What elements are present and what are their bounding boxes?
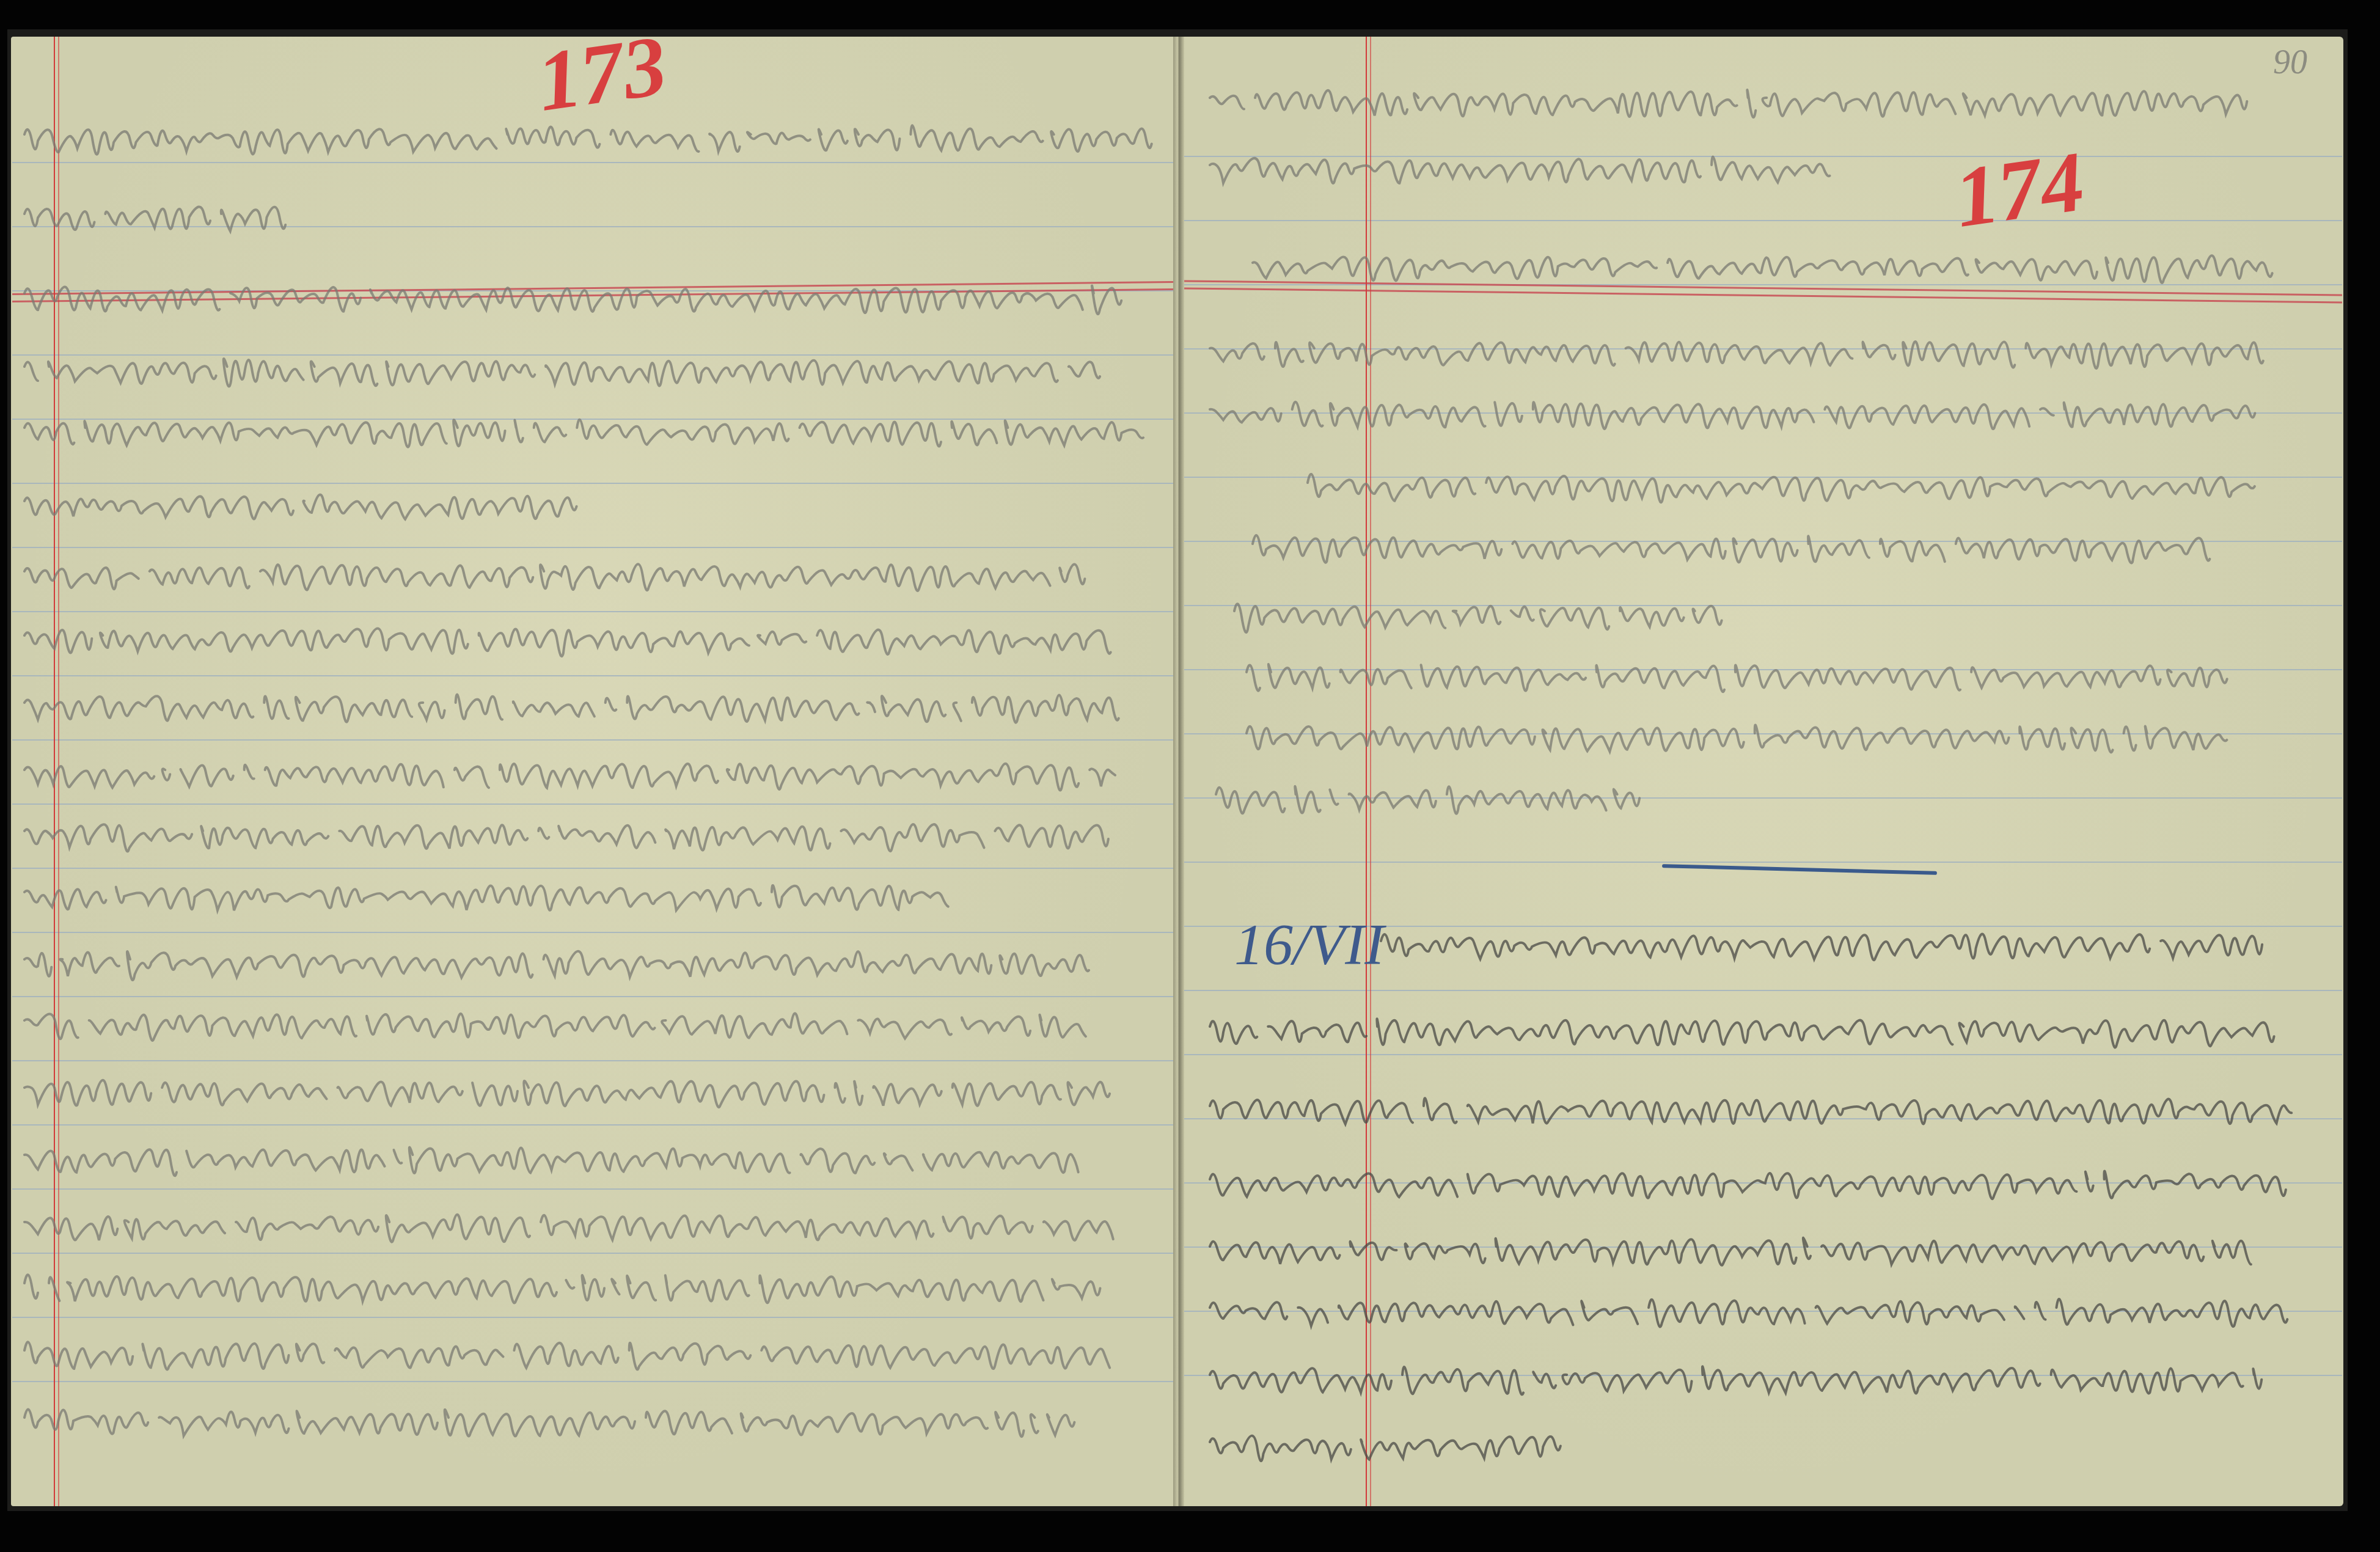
handwritten-line xyxy=(24,269,1112,312)
gutter-fold xyxy=(1173,37,1184,1506)
handwritten-line xyxy=(1210,141,1821,183)
handwritten-line xyxy=(24,996,1075,1039)
handwritten-line xyxy=(24,611,1112,654)
ruled-line xyxy=(1184,220,2342,221)
handwritten-line xyxy=(1308,458,2261,501)
handwritten-line xyxy=(24,1063,1106,1106)
ruled-line xyxy=(1184,1054,2342,1055)
ruled-line xyxy=(1184,862,2342,863)
ruled-line xyxy=(12,739,1173,741)
ruled-line xyxy=(12,1188,1173,1190)
handwritten-line xyxy=(1253,238,2261,281)
handwritten-line xyxy=(1210,1283,2285,1326)
handwritten-line xyxy=(24,477,574,519)
ruled-line xyxy=(12,675,1173,676)
ruled-line xyxy=(12,1381,1173,1382)
handwritten-line xyxy=(24,547,1088,590)
handwritten-line xyxy=(1247,648,2236,690)
handwritten-line xyxy=(1210,1350,2249,1393)
ruled-line xyxy=(12,1060,1173,1061)
handwritten-line xyxy=(1210,324,2261,367)
handwritten-line xyxy=(1210,385,2261,428)
ruled-line xyxy=(12,1253,1173,1254)
handwritten-line xyxy=(1247,709,2224,752)
handwritten-line xyxy=(24,868,941,910)
handwritten-line xyxy=(24,1198,1100,1240)
handwritten-line xyxy=(1210,1222,2249,1265)
ruled-line xyxy=(12,1124,1173,1126)
handwritten-line xyxy=(1210,1155,2285,1198)
ruled-line xyxy=(1184,284,2342,285)
handwritten-line xyxy=(24,678,1112,721)
date-entry: 16/VII xyxy=(1234,910,1384,978)
page-number-pencil: 90 xyxy=(2273,43,2307,82)
handwritten-line xyxy=(24,403,1137,446)
handwritten-line xyxy=(24,342,1088,385)
handwritten-line xyxy=(24,1326,1106,1369)
handwritten-line xyxy=(1210,1002,2267,1045)
handwritten-line xyxy=(24,110,1155,153)
handwritten-line xyxy=(24,189,281,232)
ruled-line xyxy=(12,1317,1173,1318)
folio-number-right: 174 xyxy=(1949,132,2090,247)
handwritten-line xyxy=(24,1130,1075,1173)
ruled-line xyxy=(12,932,1173,933)
handwritten-line xyxy=(1210,1418,1552,1460)
handwritten-line xyxy=(1234,587,1723,629)
handwritten-line xyxy=(1216,770,1644,813)
handwritten-line xyxy=(24,745,1112,788)
handwritten-line xyxy=(1381,917,2267,959)
handwritten-line xyxy=(24,1393,1063,1436)
handwritten-line xyxy=(24,1259,1088,1301)
ruled-line xyxy=(12,162,1173,163)
handwritten-line xyxy=(1210,1082,2285,1124)
ruled-line xyxy=(1184,990,2342,991)
handwritten-line xyxy=(1210,73,2249,116)
ruled-line xyxy=(12,803,1173,805)
handwritten-line xyxy=(1253,519,2206,562)
handwritten-line xyxy=(24,807,1112,849)
handwritten-line xyxy=(24,935,1082,978)
